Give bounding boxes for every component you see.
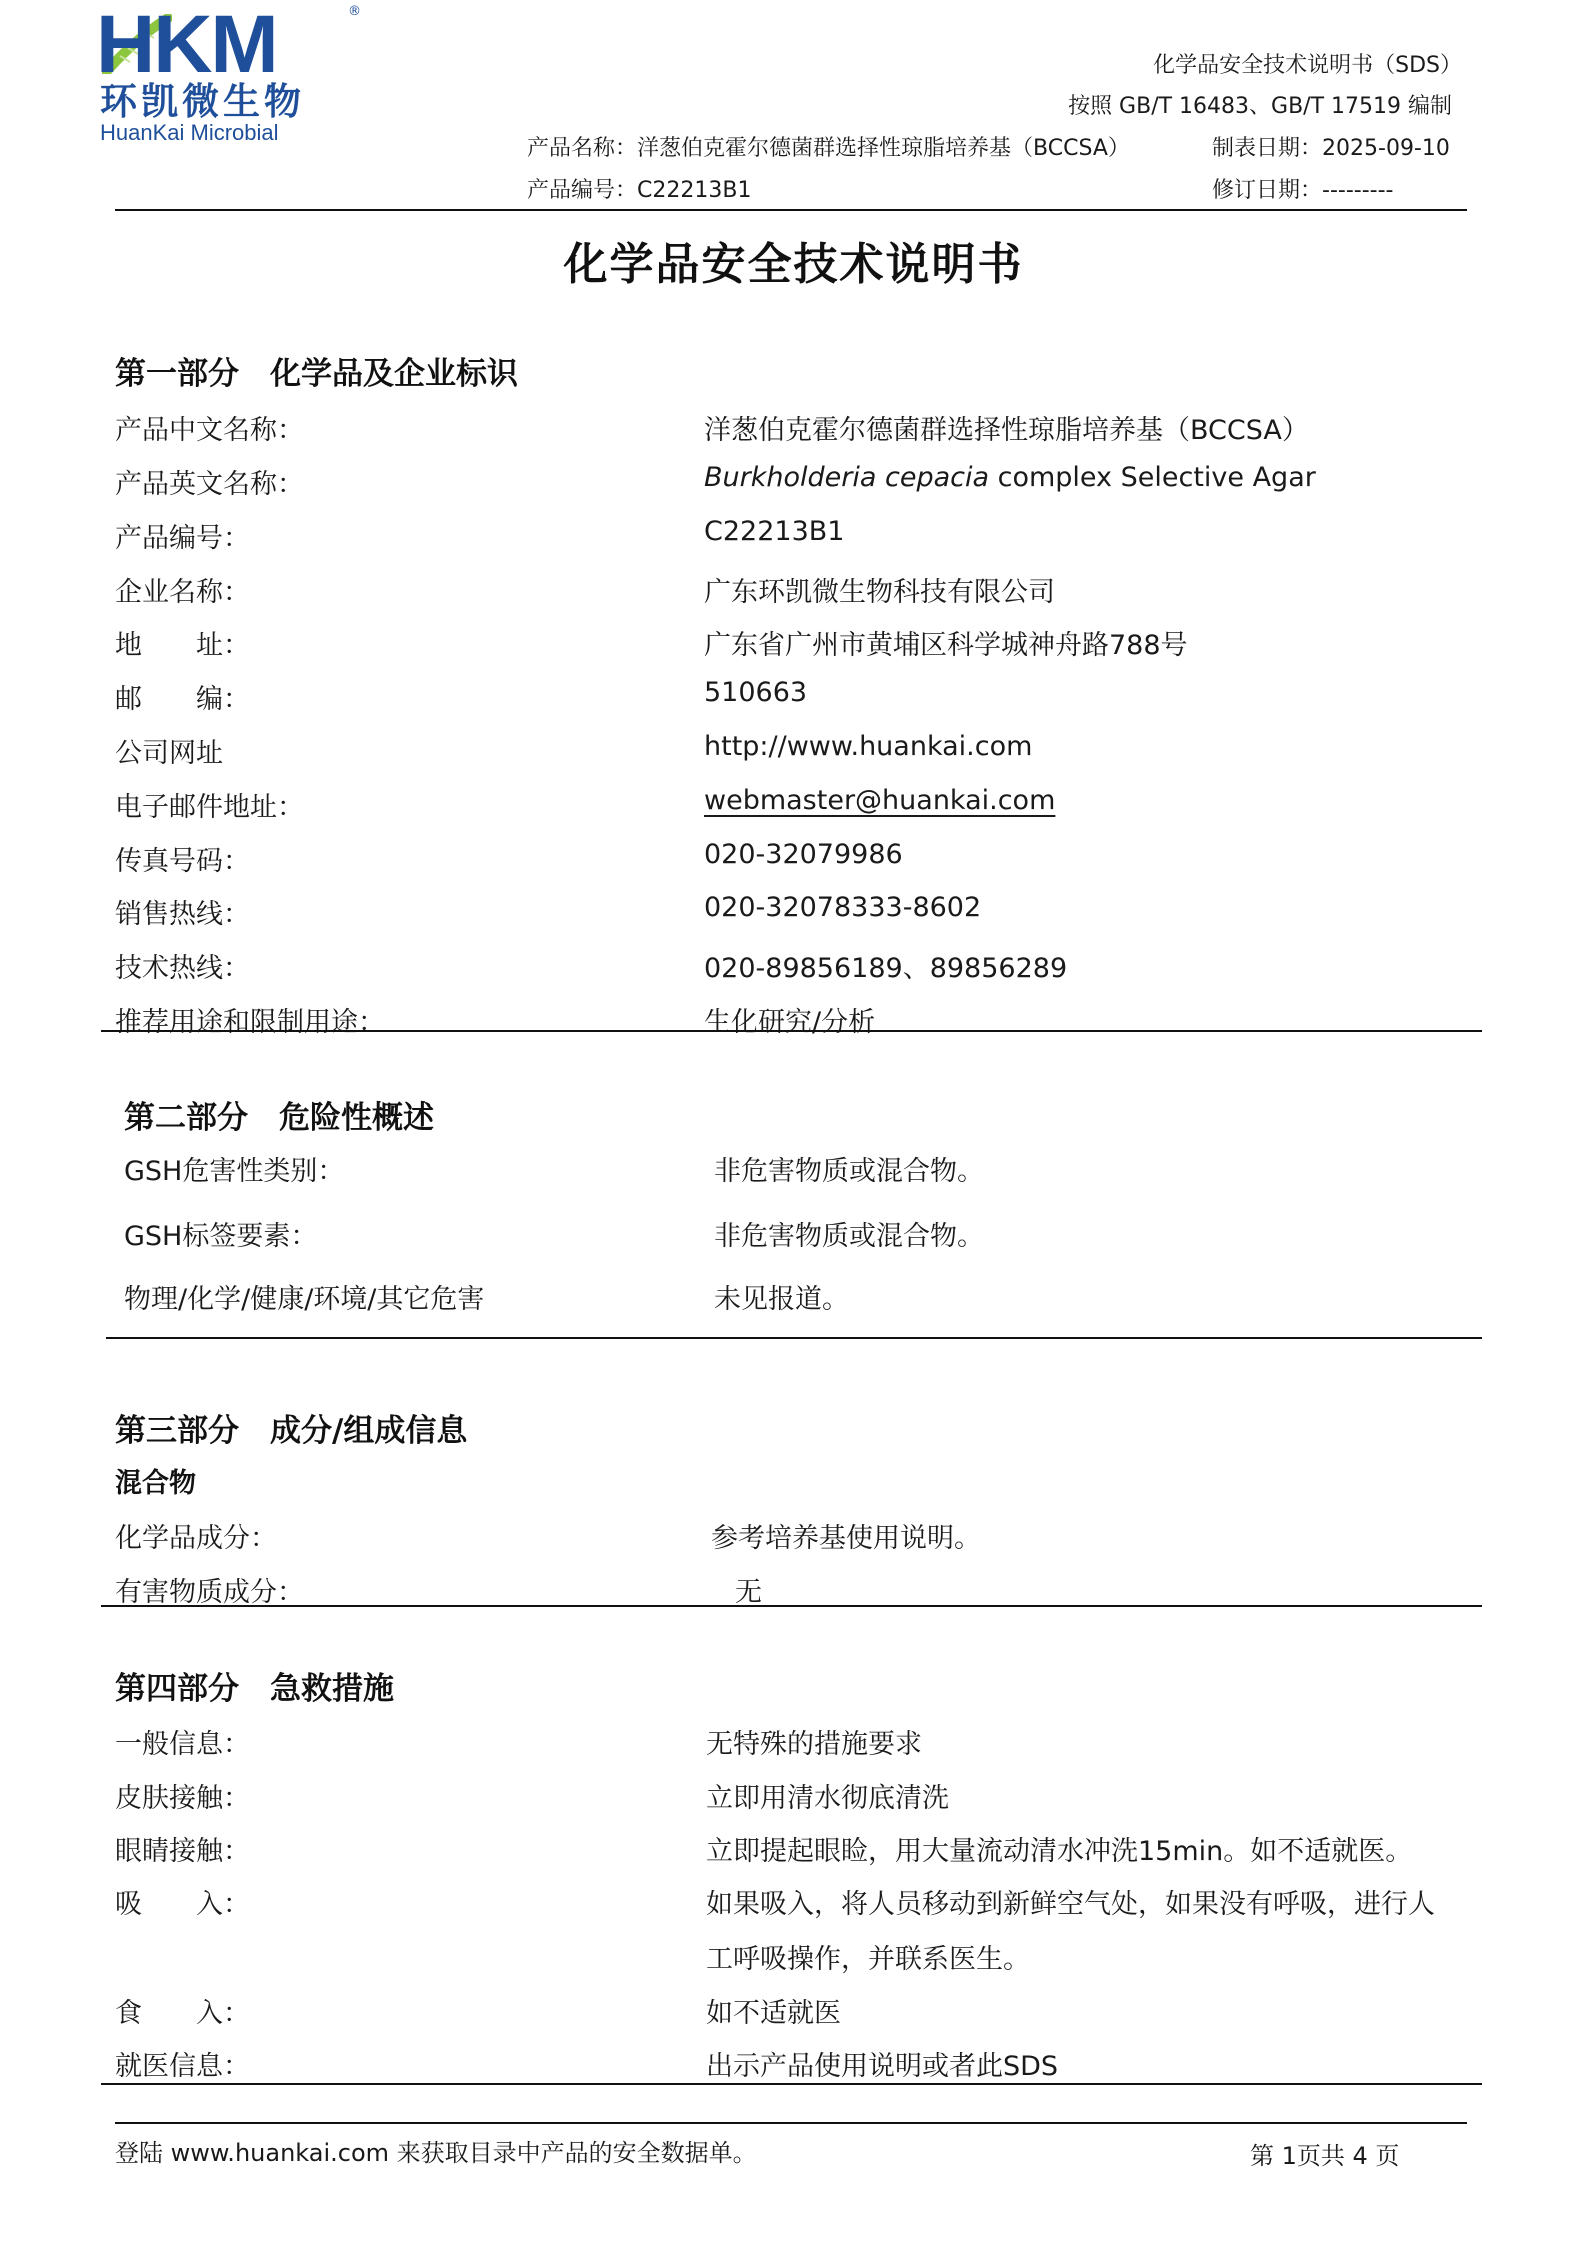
header-product-name: 产品名称：洋葱伯克霍尔德菌群选择性琼脂培养基（BCCSA）	[527, 131, 1130, 162]
product-english-suffix: complex Selective Agar	[989, 462, 1316, 493]
row-value: 未见报道。	[714, 1277, 849, 1316]
header-divider	[115, 209, 1467, 211]
registered-mark: ®	[348, 4, 361, 19]
revision-date-value: ---------	[1322, 178, 1393, 203]
row-label: 企业名称：	[115, 570, 250, 609]
row-label: 吸 入：	[115, 1882, 250, 1921]
section-1-heading: 第一部分 化学品及企业标识	[115, 348, 518, 393]
section-4-heading: 第四部分 急救措施	[115, 1663, 394, 1708]
row-value: 出示产品使用说明或者此SDS	[706, 2044, 1058, 2083]
row-value: 参考培养基使用说明。	[711, 1516, 981, 1555]
document-title: 化学品安全技术说明书	[0, 228, 1587, 292]
product-name-label: 产品名称：	[527, 136, 637, 161]
product-code-value: C22213B1	[637, 178, 751, 203]
row-label: 物理/化学/健康/环境/其它危害	[124, 1277, 484, 1316]
issue-date-value: 2025-09-10	[1322, 136, 1450, 161]
row-label: 化学品成分：	[115, 1516, 277, 1555]
row-value: 广东省广州市黄埔区科学城神舟路788号	[704, 623, 1188, 662]
row-label: 皮肤接触：	[115, 1776, 250, 1815]
row-label: 技术热线：	[115, 946, 250, 985]
logo-mark: HKM	[96, 4, 277, 86]
section-2-heading: 第二部分 危险性概述	[124, 1092, 434, 1137]
row-value: 非危害物质或混合物。	[714, 1149, 984, 1188]
row-label: 产品中文名称：	[115, 408, 304, 447]
row-value: 如不适就医	[706, 1991, 841, 2030]
row-value: 立即提起眼睑，用大量流动清水冲洗15min。如不适就医。	[706, 1829, 1412, 1868]
row-label: 眼睛接触：	[115, 1829, 250, 1868]
section-1-divider	[101, 1030, 1482, 1032]
row-label: 一般信息：	[115, 1722, 250, 1761]
row-value: 510663	[704, 677, 807, 708]
footer-divider	[115, 2122, 1467, 2124]
header-issue-date: 制表日期：2025-09-10	[1212, 131, 1450, 162]
row-value: 如果吸入，将人员移动到新鲜空气处，如果没有呼吸，进行人	[706, 1882, 1435, 1921]
row-label: 推荐用途和限制用途：	[115, 1000, 385, 1039]
row-label: 公司网址	[115, 731, 223, 770]
product-name-value: 洋葱伯克霍尔德菌群选择性琼脂培养基（BCCSA）	[637, 136, 1130, 161]
header-product-code: 产品编号：C22213B1	[527, 173, 751, 204]
issue-date-label: 制表日期：	[1212, 136, 1322, 161]
row-value: 生化研究/分析	[704, 1000, 875, 1039]
logo-english-name: HuanKai Microbial	[100, 122, 279, 144]
row-value: 广东环凯微生物科技有限公司	[704, 570, 1055, 609]
row-value: 非危害物质或混合物。	[714, 1214, 984, 1253]
row-label: 食 入：	[115, 1991, 250, 2030]
row-value: 020-89856189、89856289	[704, 946, 1067, 985]
row-value: 无	[735, 1570, 762, 1609]
section-4-divider	[101, 2083, 1482, 2085]
section-2-divider	[106, 1337, 1482, 1339]
row-label: 就医信息：	[115, 2044, 250, 2083]
footer-note: 登陆 www.huankai.com 来获取目录中产品的安全数据单。	[115, 2133, 757, 2168]
revision-date-label: 修订日期：	[1212, 178, 1322, 203]
website-link[interactable]: http://www.huankai.com	[704, 731, 1032, 762]
row-value: 020-32079986	[704, 839, 903, 870]
header-doc-type: 化学品安全技术说明书（SDS）	[1153, 48, 1462, 79]
row-label: 产品英文名称：	[115, 462, 304, 501]
header-standard: 按照 GB/T 16483、GB/T 17519 编制	[1068, 89, 1452, 120]
row-label: 有害物质成分：	[115, 1570, 304, 1609]
row-label: GSH标签要素：	[124, 1214, 317, 1253]
row-value: 020-32078333-8602	[704, 892, 981, 923]
row-label: 电子邮件地址：	[115, 785, 304, 824]
row-value-continued: 工呼吸操作，并联系医生。	[706, 1937, 1030, 1976]
row-label: 销售热线：	[115, 892, 250, 931]
section-3-heading: 第三部分 成分/组成信息	[115, 1405, 467, 1450]
email-link[interactable]: webmaster@huankai.com	[704, 785, 1055, 816]
section-3-divider	[101, 1605, 1482, 1607]
row-label: GSH危害性类别：	[124, 1149, 344, 1188]
logo-chinese-name: 环凯微生物	[100, 82, 305, 122]
row-value: Burkholderia cepacia complex Selective A…	[704, 462, 1316, 493]
row-label: 产品编号：	[115, 516, 250, 555]
row-value: 无特殊的措施要求	[706, 1722, 922, 1761]
row-value: 立即用清水彻底清洗	[706, 1776, 949, 1815]
row-label: 传真号码：	[115, 839, 250, 878]
row-value: 洋葱伯克霍尔德菌群选择性琼脂培养基（BCCSA）	[704, 408, 1309, 447]
header-revision-date: 修订日期：---------	[1212, 173, 1393, 204]
species-name: Burkholderia cepacia	[704, 462, 989, 493]
page-number: 第 1页共 4 页	[1250, 2136, 1399, 2171]
product-code-label: 产品编号：	[527, 178, 637, 203]
row-label: 邮 编：	[115, 677, 250, 716]
row-label: 地 址：	[115, 623, 250, 662]
row-value: C22213B1	[704, 516, 844, 547]
section-3-subheading: 混合物	[115, 1461, 196, 1500]
company-logo: HKM ® 环凯微生物 HuanKai Microbial	[96, 4, 358, 144]
